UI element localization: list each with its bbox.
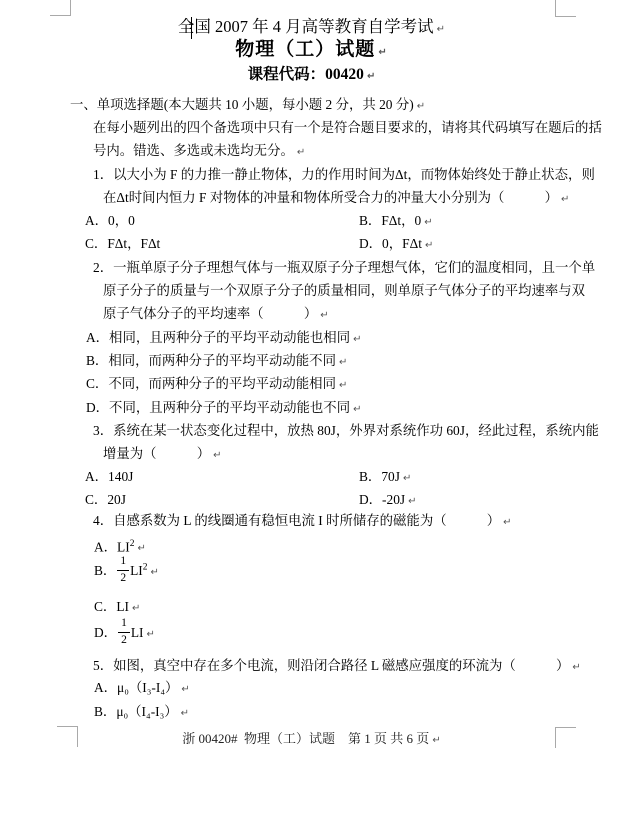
instruction-text: 号内。错选、多选或未选均无分。 [93,143,294,158]
question-2-option-b: B．相同，而两种分子的平均平动动能不同↵ [86,352,347,371]
question-3-stem-line-1: 3．系统在某一状态变化过程中，放热 80J，外界对系统作功 60J，经此过程，系… [93,422,599,439]
exam-course-code: 课程代码：00420↵ [0,66,623,85]
question-1-stem-line-2: 在Δt时间内恒力 F 对物体的冲量和物体所受合力的冲量大小分别为（ ）↵ [103,189,569,208]
paragraph-mark: ↵ [339,357,347,368]
paragraph-mark: ↵ [425,240,433,251]
title-text: 全国 2007 年 4 月高等教育自学考试 [178,17,434,36]
fraction-denominator: 2 [118,633,130,647]
question-4-option-d: D．12LI↵ [94,620,155,648]
paragraph-mark: ↵ [367,71,375,82]
paragraph-mark: ↵ [353,334,361,345]
footer-text: 浙 00420# 物理（工）试题 第 1 页 共 6 页 [182,731,429,746]
fraction-numerator: 1 [117,556,129,571]
option-b: B．70J↵ [359,468,411,487]
option-d-text: D．不同，且两种分子的平均平动动能也不同 [86,400,350,415]
option-a-text: A．相同，且两种分子的平均平动动能也相同 [86,330,350,345]
option-a: A．140J [85,469,133,484]
superscript: 2 [130,539,135,549]
paragraph-mark: ↵ [339,380,347,391]
exam-document-page: 全国 2007 年 4 月高等教育自学考试↵ 物理（工）试题↵ 课程代码：004… [0,0,623,824]
paragraph-mark: ↵ [403,473,411,484]
question-2-option-d: D．不同，且两种分子的平均平动动能也不同↵ [86,399,361,418]
question-2-option-a: A．相同，且两种分子的平均平动动能也相同↵ [86,329,361,348]
question-2-stem-line-2: 原子分子的质量与一个双原子分子的质量相同，则单原子气体分子的平均速率与双 [103,282,585,299]
option-a-text: A．μ₀（I₃-I₄） [94,680,178,695]
paragraph-mark: ↵ [181,708,189,719]
section-heading-text: 一、单项选择题(本大题共 10 小题，每小题 2 分，共 20 分) [70,97,414,112]
paragraph-mark: ↵ [503,517,511,528]
crop-mark-top-left [50,0,71,16]
option-b-text: B．70J [359,469,400,484]
paragraph-mark: ↵ [146,629,154,640]
question-text: 2．一瓶单原子分子理想气体与一瓶双原子分子理想气体，它们的温度相同，且一个单 [93,260,595,275]
option-c: C．FΔt，FΔt [85,236,160,251]
question-1-stem-line-1: 1．以大小为 F 的力推一静止物体，力的作用时间为Δt，而物体始终处于静止状态，… [93,166,595,183]
question-2-stem-line-1: 2．一瓶单原子分子理想气体与一瓶双原子分子理想气体，它们的温度相同，且一个单 [93,259,595,276]
question-3-options-cd: C．20JD．-20J↵ [85,491,126,508]
fraction-numerator: 1 [118,618,130,633]
paragraph-mark: ↵ [213,450,221,461]
paragraph-mark: ↵ [353,404,361,415]
option-b-text: B．相同，而两种分子的平均平动动能不同 [86,353,336,368]
question-3-options-ab: A．140JB．70J↵ [85,468,133,485]
question-5-option-a: A．μ₀（I₃-I₄）↵ [94,679,190,698]
paragraph-mark: ↵ [417,101,425,112]
question-text: 原子分子的质量与一个双原子分子的质量相同，则单原子气体分子的平均速率与双 [103,283,585,298]
question-5-option-b: B．μ₀（I₄-I₃）↵ [94,703,189,722]
option-c: C．20J [85,492,126,507]
option-a-text: A．LI [94,539,130,554]
paragraph-mark: ↵ [432,735,440,746]
question-text: 3．系统在某一状态变化过程中，放热 80J，外界对系统作功 60J，经此过程，系… [93,423,599,438]
option-c-text: C．不同，而两种分子的平均平动动能相同 [86,376,336,391]
question-text: 在Δt时间内恒力 F 对物体的冲量和物体所受合力的冲量大小分别为（ ） [103,190,558,205]
exam-title-line2: 物理（工）试题↵ [0,41,623,61]
course-code-text: 课程代码：00420 [248,66,364,83]
question-2-option-c: C．不同，而两种分子的平均平动动能相同↵ [86,375,347,394]
option-d-label: D． [94,625,117,640]
option-d-text: D．-20J [359,492,405,507]
question-1-options-ab: A．0，0B．FΔt，0↵ [85,212,135,229]
question-text: 4．自感系数为 L 的线圈通有稳恒电流 I 时所储存的磁能为（ ） [93,513,500,528]
paragraph-mark: ↵ [132,603,140,614]
option-d: D．-20J↵ [359,491,417,510]
option-b-text: LI [130,563,143,578]
title-text: 物理（工）试题 [235,39,375,60]
question-text: 原子气体分子的平均速率（ ） [103,306,317,321]
paragraph-mark: ↵ [181,684,189,695]
page-footer: 浙 00420# 物理（工）试题 第 1 页 共 6 页↵ [0,730,623,749]
option-b-text: B．μ₀（I₄-I₃） [94,704,178,719]
paragraph-mark: ↵ [150,567,158,578]
instruction-line-2: 号内。错选、多选或未选均无分。↵ [93,142,305,161]
option-d-text: LI [131,625,144,640]
question-text: 5．如图，真空中存在多个电流，则沿闭合路径 L 磁感应强度的环流为（ ） [93,658,569,673]
question-4-option-c: C．LI↵ [94,598,140,617]
question-4-option-b: B．12LI2↵ [94,558,159,586]
question-2-stem-line-3: 原子气体分子的平均速率（ ）↵ [103,305,329,324]
paragraph-mark: ↵ [320,310,328,321]
fraction: 12 [118,618,130,646]
option-c-text: C．LI [94,599,129,614]
option-b: B．FΔt，0↵ [359,212,433,231]
paragraph-mark: ↵ [408,496,416,507]
paragraph-mark: ↵ [297,147,305,158]
instruction-line-1: 在每小题列出的四个备选项中只有一个是符合题目要求的，请将其代码填写在题后的括 [93,119,602,136]
section-heading: 一、单项选择题(本大题共 10 小题，每小题 2 分，共 20 分)↵ [70,96,425,115]
paragraph-mark: ↵ [437,24,445,35]
paragraph-mark: ↵ [424,217,432,228]
instruction-text: 在每小题列出的四个备选项中只有一个是符合题目要求的，请将其代码填写在题后的括 [93,120,602,135]
question-4-stem: 4．自感系数为 L 的线圈通有稳恒电流 I 时所储存的磁能为（ ）↵ [93,512,512,531]
paragraph-mark: ↵ [378,47,387,58]
fraction: 12 [117,556,129,584]
option-b-label: B． [94,563,116,578]
crop-mark-top-right [555,0,576,17]
option-d-text: D．0，FΔt [359,236,422,251]
question-5-stem: 5．如图，真空中存在多个电流，则沿闭合路径 L 磁感应强度的环流为（ ）↵ [93,657,581,676]
question-3-stem-line-2: 增量为（ ）↵ [103,445,222,464]
paragraph-mark: ↵ [137,543,145,554]
paragraph-mark: ↵ [561,194,569,205]
option-d: D．0，FΔt↵ [359,235,433,254]
question-text: 增量为（ ） [103,446,210,461]
superscript: 2 [143,563,148,573]
option-a: A．0，0 [85,213,135,228]
fraction-denominator: 2 [117,571,129,585]
option-b-text: B．FΔt，0 [359,213,421,228]
exam-title-line1: 全国 2007 年 4 月高等教育自学考试↵ [0,18,623,38]
paragraph-mark: ↵ [572,662,580,673]
question-1-options-cd: C．FΔt，FΔtD．0，FΔt↵ [85,235,160,252]
question-text: 1．以大小为 F 的力推一静止物体，力的作用时间为Δt，而物体始终处于静止状态，… [93,167,595,182]
